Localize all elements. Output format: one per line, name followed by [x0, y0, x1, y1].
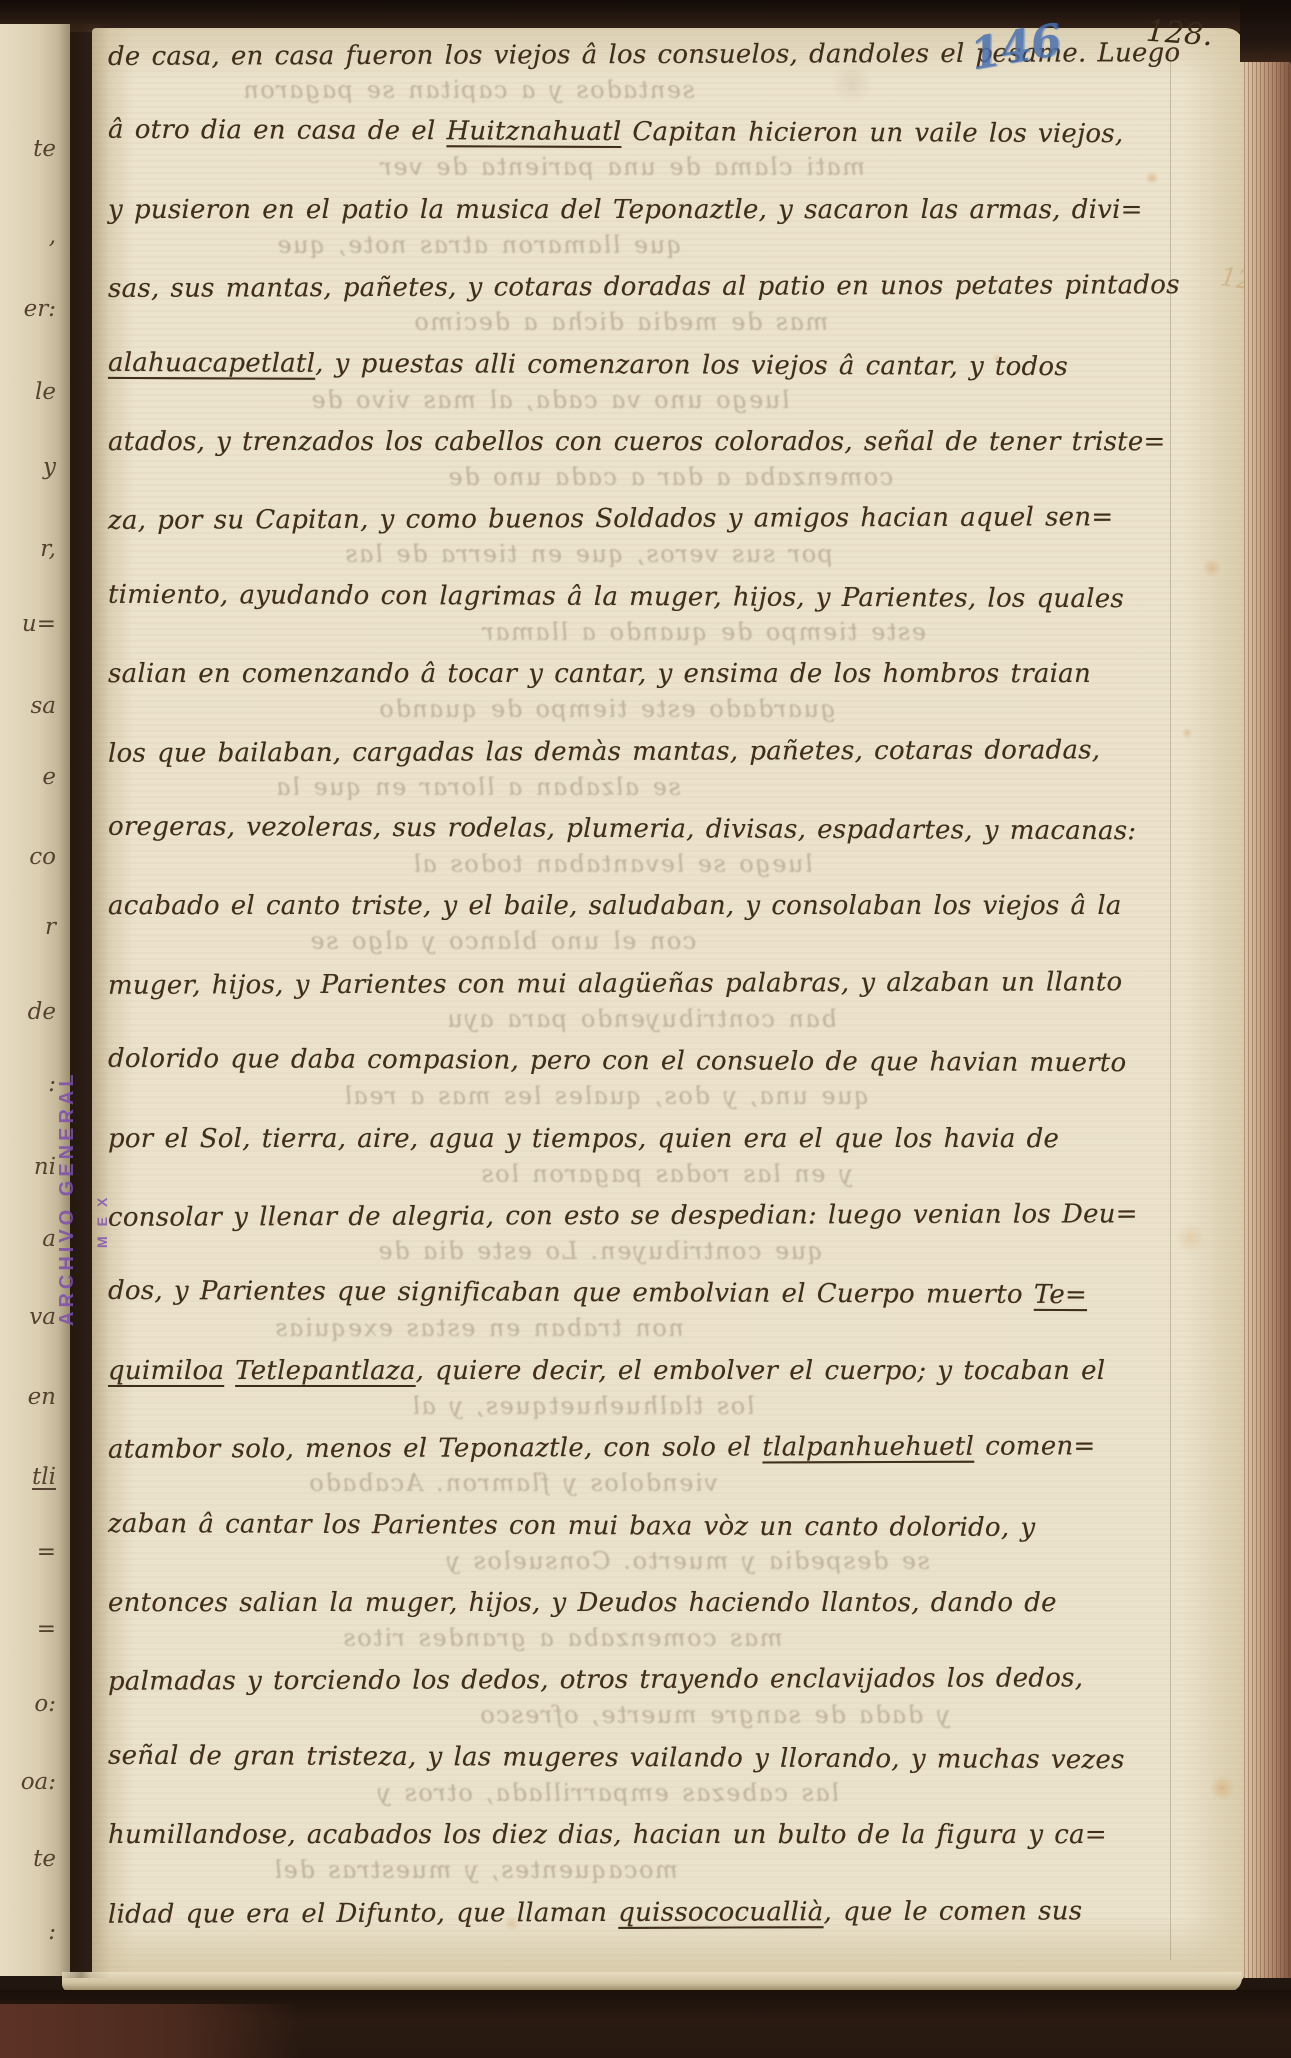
- manuscript-line: acabado el canto triste, y el baile, sal…: [108, 889, 1122, 923]
- book-cover-top-right-corner: [1240, 0, 1291, 62]
- margin-text-fragment: =: [0, 1616, 56, 1642]
- manuscript-line: señal de gran tristeza, y las mugeres va…: [108, 1739, 1125, 1777]
- archive-stamp: ARCHIVO GENERAL: [56, 1076, 79, 1326]
- margin-text-fragment: ,: [0, 223, 56, 249]
- margin-text-fragment: o:: [0, 1691, 56, 1717]
- manuscript-line: atados, y trenzados los cabellos con cue…: [108, 425, 1166, 459]
- margin-text-fragment: va: [0, 1304, 56, 1330]
- facing-page-edge: te,er:leyr,u=saecorde:niavaentli==o:oa:t…: [0, 24, 70, 1976]
- margin-text-fragment: :: [0, 1071, 56, 1097]
- margin-text-fragment: te: [0, 136, 56, 162]
- margin-text-fragment: sa: [0, 693, 56, 719]
- manuscript-line: quimiloa Tetlepantlaza, quiere decir, el…: [108, 1354, 1105, 1388]
- archive-stamp-side-text: MEX: [94, 1128, 110, 1248]
- manuscript-line: palmadas y torciendo los dedos, otros tr…: [108, 1662, 1083, 1699]
- manuscript-line: y pusieron en el patio la musica del Tep…: [108, 193, 1143, 227]
- margin-text-fragment: en: [0, 1384, 56, 1410]
- margin-text-fragment: r: [0, 914, 56, 940]
- margin-text-fragment: e: [0, 764, 56, 790]
- manuscript-line: zaban â cantar los Parientes con mui bax…: [108, 1507, 1035, 1545]
- manuscript-line: consolar y llenar de alegria, con esto s…: [108, 1197, 1138, 1235]
- margin-text-fragment: a: [0, 1226, 56, 1252]
- margin-text-fragment: y: [0, 454, 56, 480]
- margin-text-fragment: r,: [0, 536, 56, 562]
- manuscript-line: sas, sus mantas, pañetes, y cotaras dora…: [108, 268, 1180, 306]
- manuscript-line: alahuacapetlatl, y puestas alli comenzar…: [108, 345, 1068, 383]
- manuscript-line: muger, hijos, y Parientes con mui alagüe…: [108, 965, 1123, 1003]
- page-bottom-edge: [62, 1972, 1242, 1992]
- book-cover-leather-corner: [0, 2004, 300, 2058]
- margin-text-fragment: le: [0, 379, 56, 405]
- margin-text-fragment: =: [0, 1539, 56, 1565]
- book-spread: te,er:leyr,u=saecorde:niavaentli==o:oa:t…: [0, 0, 1291, 2058]
- manuscript-line: por el Sol, tierra, aire, agua y tiempos…: [108, 1122, 1059, 1156]
- manuscript-line: lidad que era el Difunto, que llaman qui…: [108, 1894, 1082, 1931]
- manuscript-line: humillandose, acabados los diez dias, ha…: [108, 1818, 1107, 1852]
- manuscript-line: salian en comenzando â tocar y cantar, y…: [108, 657, 1091, 691]
- margin-text-fragment: u=: [0, 611, 56, 637]
- margin-text-fragment: :: [0, 1919, 56, 1945]
- manuscript-line: dos, y Parientes que significaban que em…: [108, 1274, 1087, 1312]
- margin-text-fragment: er:: [0, 296, 56, 322]
- margin-text-fragment: ni: [0, 1154, 56, 1180]
- manuscript-line: timiento, ayudando con lagrimas â la mug…: [108, 578, 1124, 616]
- margin-text-fragment: tli: [0, 1464, 56, 1490]
- handwritten-text-layer: de casa, en casa fueron los viejos â los…: [92, 28, 1244, 1980]
- manuscript-line: los que bailaban, cargadas las demàs man…: [108, 733, 1100, 770]
- manuscript-line: dolorido que daba compasion, pero con el…: [108, 1042, 1127, 1080]
- manuscript-line: za, por su Capitan, y como buenos Soldad…: [108, 501, 1113, 539]
- page-number-ink: 128.: [1145, 14, 1214, 54]
- manuscript-line: entonces salian la muger, hijos, y Deudo…: [108, 1586, 1057, 1620]
- manuscript-line: â otro dia en casa de el Huitznahuatl Ca…: [108, 113, 1124, 151]
- manuscript-line: oregeras, vezoleras, sus rodelas, plumer…: [108, 810, 1136, 848]
- margin-text-fragment: co: [0, 844, 56, 870]
- manuscript-line: atambor solo, menos el Teponaztle, con s…: [108, 1429, 1096, 1466]
- manuscript-page: sentados y a capitan se pagaronmati clam…: [92, 28, 1244, 1980]
- page-fore-edge-stack: [1244, 56, 1291, 1978]
- margin-text-fragment: te: [0, 1846, 56, 1872]
- margin-text-fragment: de: [0, 999, 56, 1025]
- margin-text-fragment: oa:: [0, 1769, 56, 1795]
